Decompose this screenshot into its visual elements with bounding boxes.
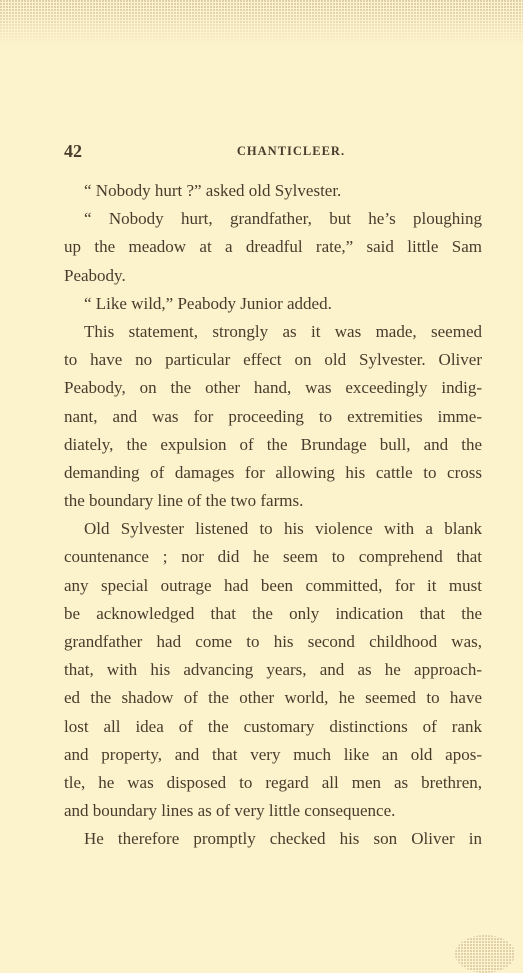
text-line: He therefore promptly checked his son Ol…	[64, 825, 482, 853]
text-line: countenance ; nor did he seem to compreh…	[64, 543, 482, 571]
page-edge-discoloration-top	[0, 0, 523, 45]
text-line: any special outrage had been committed, …	[64, 572, 482, 600]
text-line: Peabody.	[64, 262, 482, 290]
text-line: nant, and was for proceeding to extremit…	[64, 403, 482, 431]
text-line: to have no particular effect on old Sylv…	[64, 346, 482, 374]
running-title: CHANTICLEER.	[64, 144, 482, 159]
text-line: Old Sylvester listened to his violence w…	[64, 515, 482, 543]
text-line: lost all idea of the customary distincti…	[64, 713, 482, 741]
page-stain-bottom-right	[455, 935, 515, 973]
text-line: diately, the expulsion of the Brundage b…	[64, 431, 482, 459]
text-line: ed the shadow of the other world, he see…	[64, 684, 482, 712]
text-line: “ Nobody hurt, grandfather, but he’s plo…	[64, 205, 482, 233]
text-line: that, with his advancing years, and as h…	[64, 656, 482, 684]
text-line: This statement, strongly as it was made,…	[64, 318, 482, 346]
text-line: “ Like wild,” Peabody Junior added.	[64, 290, 482, 318]
running-head: 42 CHANTICLEER.	[64, 141, 482, 163]
text-line: up the meadow at a dreadful rate,” said …	[64, 233, 482, 261]
text-line: and boundary lines as of very little con…	[64, 797, 482, 825]
body-text: “ Nobody hurt ?” asked old Sylvester.“ N…	[64, 177, 482, 854]
text-line: and property, and that very much like an…	[64, 741, 482, 769]
text-line: “ Nobody hurt ?” asked old Sylvester.	[64, 177, 482, 205]
text-line: Peabody, on the other hand, was exceedin…	[64, 374, 482, 402]
text-line: grandfather had come to his second child…	[64, 628, 482, 656]
text-line: tle, he was disposed to regard all men a…	[64, 769, 482, 797]
text-line: be acknowledged that the only indication…	[64, 600, 482, 628]
text-line: the boundary line of the two farms.	[64, 487, 482, 515]
text-line: demanding of damages for allowing his ca…	[64, 459, 482, 487]
